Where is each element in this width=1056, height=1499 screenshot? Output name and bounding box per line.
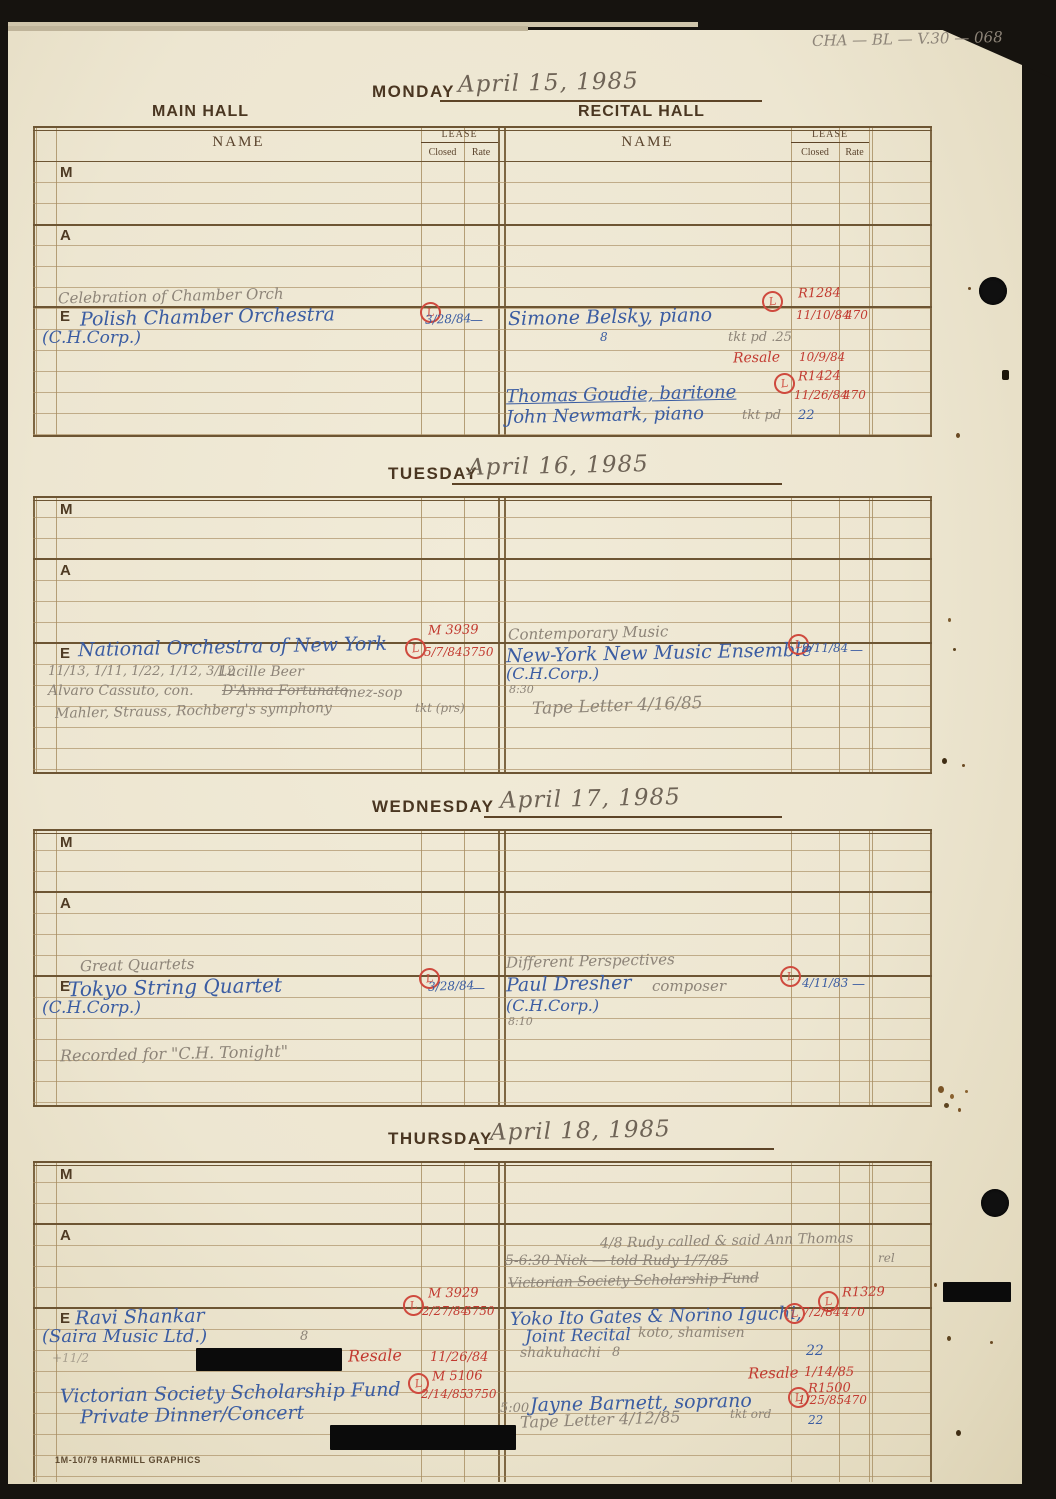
stain-speck bbox=[1002, 370, 1009, 380]
lease-closed-date: 11/26/84 bbox=[794, 389, 848, 402]
pencil-note: koto, shamisen bbox=[638, 1326, 745, 1341]
row-label-afternoon: A bbox=[60, 562, 72, 579]
pencil-note-crossed: 5-6:30 Nick — told Rudy 1/7/85 bbox=[505, 1254, 728, 1269]
day-header-monday: MONDAY bbox=[372, 82, 455, 102]
lease-rate: — bbox=[852, 978, 865, 992]
col-header-lease-main: LEASE bbox=[421, 129, 498, 140]
date-underline bbox=[440, 100, 762, 102]
stain-speck bbox=[950, 1094, 954, 1099]
stain-speck bbox=[968, 287, 971, 290]
org-name: (C.H.Corp.) bbox=[42, 330, 141, 348]
org-name: (C.H.Corp.) bbox=[506, 998, 599, 1015]
lease-closed-date: 3/28/84 bbox=[428, 979, 475, 993]
org-name: (Saira Music Ltd.) bbox=[42, 1328, 207, 1347]
artist-name: John Newmark, piano bbox=[506, 405, 704, 428]
scanned-ledger-page: CHA — BL — V.30 — 068 MONDAY April 15, 1… bbox=[0, 0, 1056, 1499]
pencil-note: Lucille Beer bbox=[218, 665, 304, 680]
lease-underline bbox=[421, 142, 498, 143]
rule-line bbox=[33, 1223, 932, 1225]
time-note: 8:10 bbox=[508, 1016, 533, 1028]
event-number: M 5106 bbox=[432, 1369, 483, 1384]
org-name: (C.H.Corp.) bbox=[506, 666, 599, 683]
hole-punch bbox=[981, 1189, 1009, 1217]
stain-speck bbox=[942, 758, 947, 764]
hall-header-recital: RECITAL HALL bbox=[578, 103, 705, 121]
rule-line bbox=[33, 1105, 932, 1107]
artist-name: Joint Recital bbox=[525, 1327, 631, 1347]
rule-line bbox=[33, 126, 932, 128]
amount-note: 22 bbox=[808, 1414, 823, 1427]
stain-speck bbox=[958, 1108, 961, 1112]
time-note: 8 bbox=[600, 331, 608, 344]
lease-closed-date: 5/7/84 bbox=[424, 646, 463, 659]
col-header-name-main: NAME bbox=[56, 134, 421, 151]
day-header-tuesday: TUESDAY bbox=[388, 464, 478, 484]
stain-speck bbox=[934, 1283, 937, 1287]
artist-name: Paul Dresher bbox=[506, 974, 632, 997]
stain-speck bbox=[965, 1090, 968, 1093]
col-header-rate-recital: Rate bbox=[839, 147, 870, 158]
lease-underline bbox=[791, 142, 869, 143]
redaction-bar bbox=[330, 1425, 516, 1450]
pencil-note: 11/13, 1/11, 1/22, 1/12, 3/12 bbox=[48, 665, 235, 679]
stain-speck bbox=[947, 1336, 951, 1341]
lease-rate: — bbox=[472, 982, 485, 996]
day-date-monday: April 15, 1985 bbox=[458, 68, 639, 98]
rule-line bbox=[33, 891, 932, 893]
rule-line bbox=[33, 224, 932, 226]
col-header-lease-recital: LEASE bbox=[791, 129, 869, 140]
col-header-name-recital: NAME bbox=[504, 134, 791, 151]
row-label-morning: M bbox=[60, 164, 74, 181]
pencil-note-crossed: D'Anna Fortunato bbox=[222, 684, 348, 699]
row-label-morning: M bbox=[60, 834, 74, 851]
org-name: (C.H.Corp.) bbox=[42, 1000, 141, 1018]
lease-rate: 470 bbox=[842, 1306, 865, 1319]
rule-line bbox=[33, 829, 932, 831]
day-header-wednesday: WEDNESDAY bbox=[372, 797, 494, 817]
row-label-afternoon: A bbox=[60, 1227, 72, 1244]
ticket-note: tkt pd bbox=[742, 409, 781, 423]
redaction-bar bbox=[943, 1282, 1011, 1302]
col-header-closed-main: Closed bbox=[421, 147, 464, 158]
row-label-morning: M bbox=[60, 1166, 74, 1183]
stain-speck bbox=[990, 1341, 993, 1344]
resale-date: 1/14/85 bbox=[804, 1366, 854, 1380]
resale-label: Resale bbox=[733, 351, 780, 367]
lease-rate: 470 bbox=[843, 389, 866, 402]
rule-line bbox=[33, 558, 932, 560]
stain-speck bbox=[938, 1086, 944, 1093]
event-number: M 3929 bbox=[428, 1286, 479, 1301]
row-label-evening: E bbox=[60, 645, 71, 662]
resale-date: 10/9/84 bbox=[799, 351, 845, 364]
stain-speck bbox=[962, 764, 965, 767]
lease-closed-date: 2/27/84 bbox=[422, 1305, 468, 1318]
lease-closed-date: 7/2/84 bbox=[802, 1306, 841, 1319]
rule-line bbox=[33, 1161, 932, 1163]
lease-rate: 470 bbox=[844, 1394, 867, 1407]
lease-rate: 3750 bbox=[463, 646, 494, 659]
day-date-tuesday: April 16, 1985 bbox=[468, 451, 649, 481]
rule-line bbox=[33, 435, 932, 437]
pencil-note: Contemporary Music bbox=[508, 624, 669, 643]
redaction-bar bbox=[196, 1348, 342, 1371]
col-header-closed-recital: Closed bbox=[791, 147, 839, 158]
amount-note: 22 bbox=[806, 1344, 824, 1359]
row-label-evening: E bbox=[60, 1310, 71, 1327]
time-note: 8:30 bbox=[509, 684, 534, 696]
lease-rate: 3750 bbox=[466, 1388, 497, 1401]
lease-closed-date: 4/11/83 bbox=[802, 977, 848, 990]
pencil-note: Different Perspectives bbox=[506, 952, 675, 971]
resale-date: 11/26/84 bbox=[430, 1351, 488, 1365]
time-note: 8 bbox=[300, 1330, 308, 1344]
ticket-note: tkt ord bbox=[730, 1408, 771, 1421]
pencil-note: 8 bbox=[612, 1346, 620, 1360]
pencil-note: mez-sop bbox=[344, 686, 402, 701]
resale-label: Resale bbox=[748, 1365, 799, 1382]
hole-punch bbox=[979, 277, 1007, 305]
row-label-evening: E bbox=[60, 308, 71, 325]
pencil-note: +11/2 bbox=[52, 1352, 89, 1365]
stain-speck bbox=[953, 648, 956, 651]
lease-closed-date: 11/10/84 bbox=[796, 309, 850, 322]
pencil-note: tkt (prs) bbox=[415, 702, 465, 715]
ticket-note: tkt pd .25 bbox=[728, 331, 792, 345]
stacked-sheet-edge bbox=[8, 26, 528, 31]
lease-rate: — bbox=[850, 644, 863, 658]
lease-rate: — bbox=[470, 314, 483, 328]
row-label-afternoon: A bbox=[60, 895, 72, 912]
day-date-wednesday: April 17, 1985 bbox=[500, 784, 681, 814]
pencil-note: Alvaro Cassuto, con. bbox=[48, 684, 194, 699]
pencil-note: shakuhachi bbox=[520, 1346, 601, 1361]
day-date-thursday: April 18, 1985 bbox=[490, 1116, 671, 1146]
rule-line bbox=[33, 496, 932, 498]
lease-closed-date: 1/25/85 bbox=[798, 1394, 844, 1407]
amount-note: 22 bbox=[798, 409, 815, 423]
day-header-thursday: THURSDAY bbox=[388, 1129, 493, 1149]
date-underline bbox=[484, 816, 782, 818]
receipt-number: R1424 bbox=[798, 370, 841, 385]
date-underline bbox=[452, 483, 782, 485]
row-label-morning: M bbox=[60, 501, 74, 518]
rule-line bbox=[33, 1165, 932, 1166]
stain-speck bbox=[944, 1103, 949, 1108]
artist-name: Tokyo String Quartet bbox=[68, 975, 282, 1000]
pencil-note: Great Quartets bbox=[80, 957, 195, 975]
lease-closed-date: 9/11/84 bbox=[802, 642, 848, 655]
lease-rate: 3750 bbox=[464, 1305, 495, 1318]
receipt-number: R1329 bbox=[842, 1286, 885, 1301]
printer-credit: 1M-10/79 HARMILL GRAPHICS bbox=[55, 1455, 201, 1465]
lease-closed-date: 2/14/85 bbox=[421, 1388, 467, 1401]
pencil-note: composer bbox=[652, 979, 726, 995]
pencil-note: rel bbox=[878, 1252, 895, 1265]
hall-header-main: MAIN HALL bbox=[152, 103, 249, 121]
stain-speck bbox=[956, 1430, 961, 1436]
artist-name: Simone Belsky, piano bbox=[508, 306, 713, 330]
receipt-number: R1284 bbox=[798, 287, 841, 302]
row-label-afternoon: A bbox=[60, 227, 72, 244]
stain-speck bbox=[956, 433, 960, 438]
rule-line bbox=[33, 772, 932, 774]
rule-line bbox=[33, 833, 932, 834]
rule-line bbox=[33, 500, 932, 501]
lease-rate: 470 bbox=[845, 309, 868, 322]
lease-closed-date: 3/28/84 bbox=[425, 312, 472, 326]
resale-label: Resale bbox=[348, 1347, 402, 1365]
event-number: M 3939 bbox=[428, 623, 479, 638]
col-header-rate-main: Rate bbox=[464, 147, 498, 158]
stain-speck bbox=[948, 618, 951, 622]
rule-line bbox=[33, 161, 932, 162]
date-underline bbox=[474, 1148, 774, 1150]
